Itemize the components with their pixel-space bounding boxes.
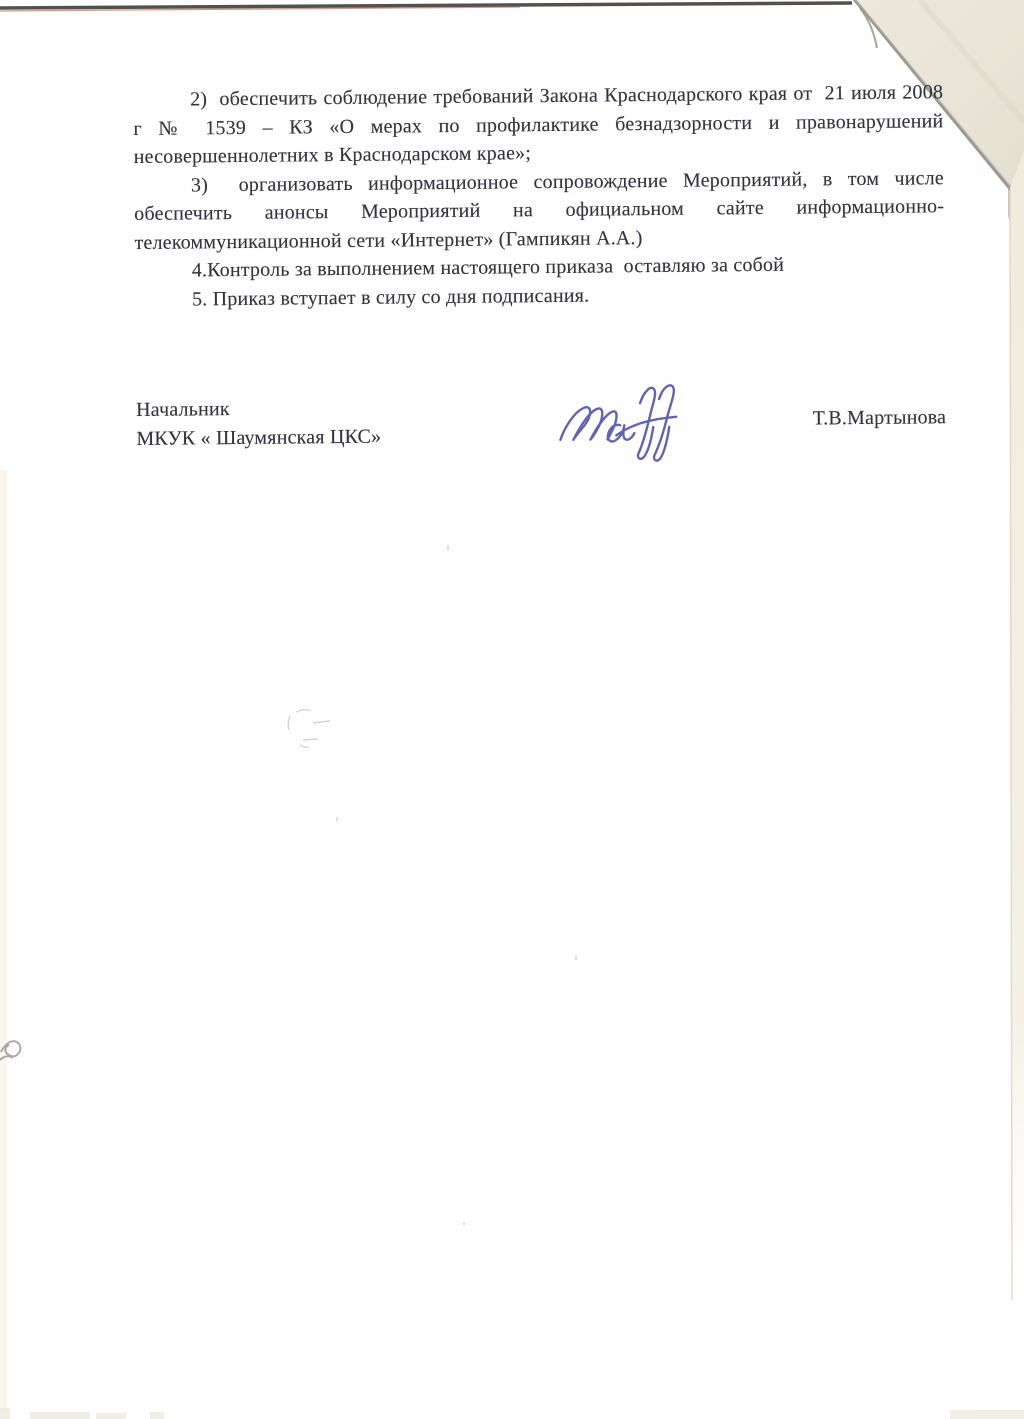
scanned-document-page: 2) обеспечить соблюдение требований Зако… <box>0 0 1024 1419</box>
signee-name: Т.В.Мартынова <box>813 403 947 433</box>
handwritten-signature-icon <box>554 377 685 477</box>
document-body: 2) обеспечить соблюдение требований Зако… <box>133 78 947 476</box>
signature-block: Начальник МКУК « Шаумянская ЦКС» Т.В.Мар… <box>136 388 947 476</box>
signee-position-line2: МКУК « Шаумянская ЦКС» <box>136 422 381 453</box>
right-page-edge <box>1010 152 1024 1310</box>
top-scan-edge <box>0 3 852 11</box>
left-margin-smudge <box>0 1041 20 1060</box>
order-item-3: 3) организовать информационное сопровожд… <box>134 164 945 257</box>
signee-position-line1: Начальник <box>136 394 381 425</box>
bottom-edge-smudges <box>0 1408 1024 1419</box>
faint-smudges <box>288 710 330 748</box>
left-edge-tint <box>0 470 7 1410</box>
signee-position: Начальник МКУК « Шаумянская ЦКС» <box>136 394 381 453</box>
order-item-2: 2) обеспечить соблюдение требований Зако… <box>133 78 944 171</box>
scan-speckles <box>336 545 577 1225</box>
